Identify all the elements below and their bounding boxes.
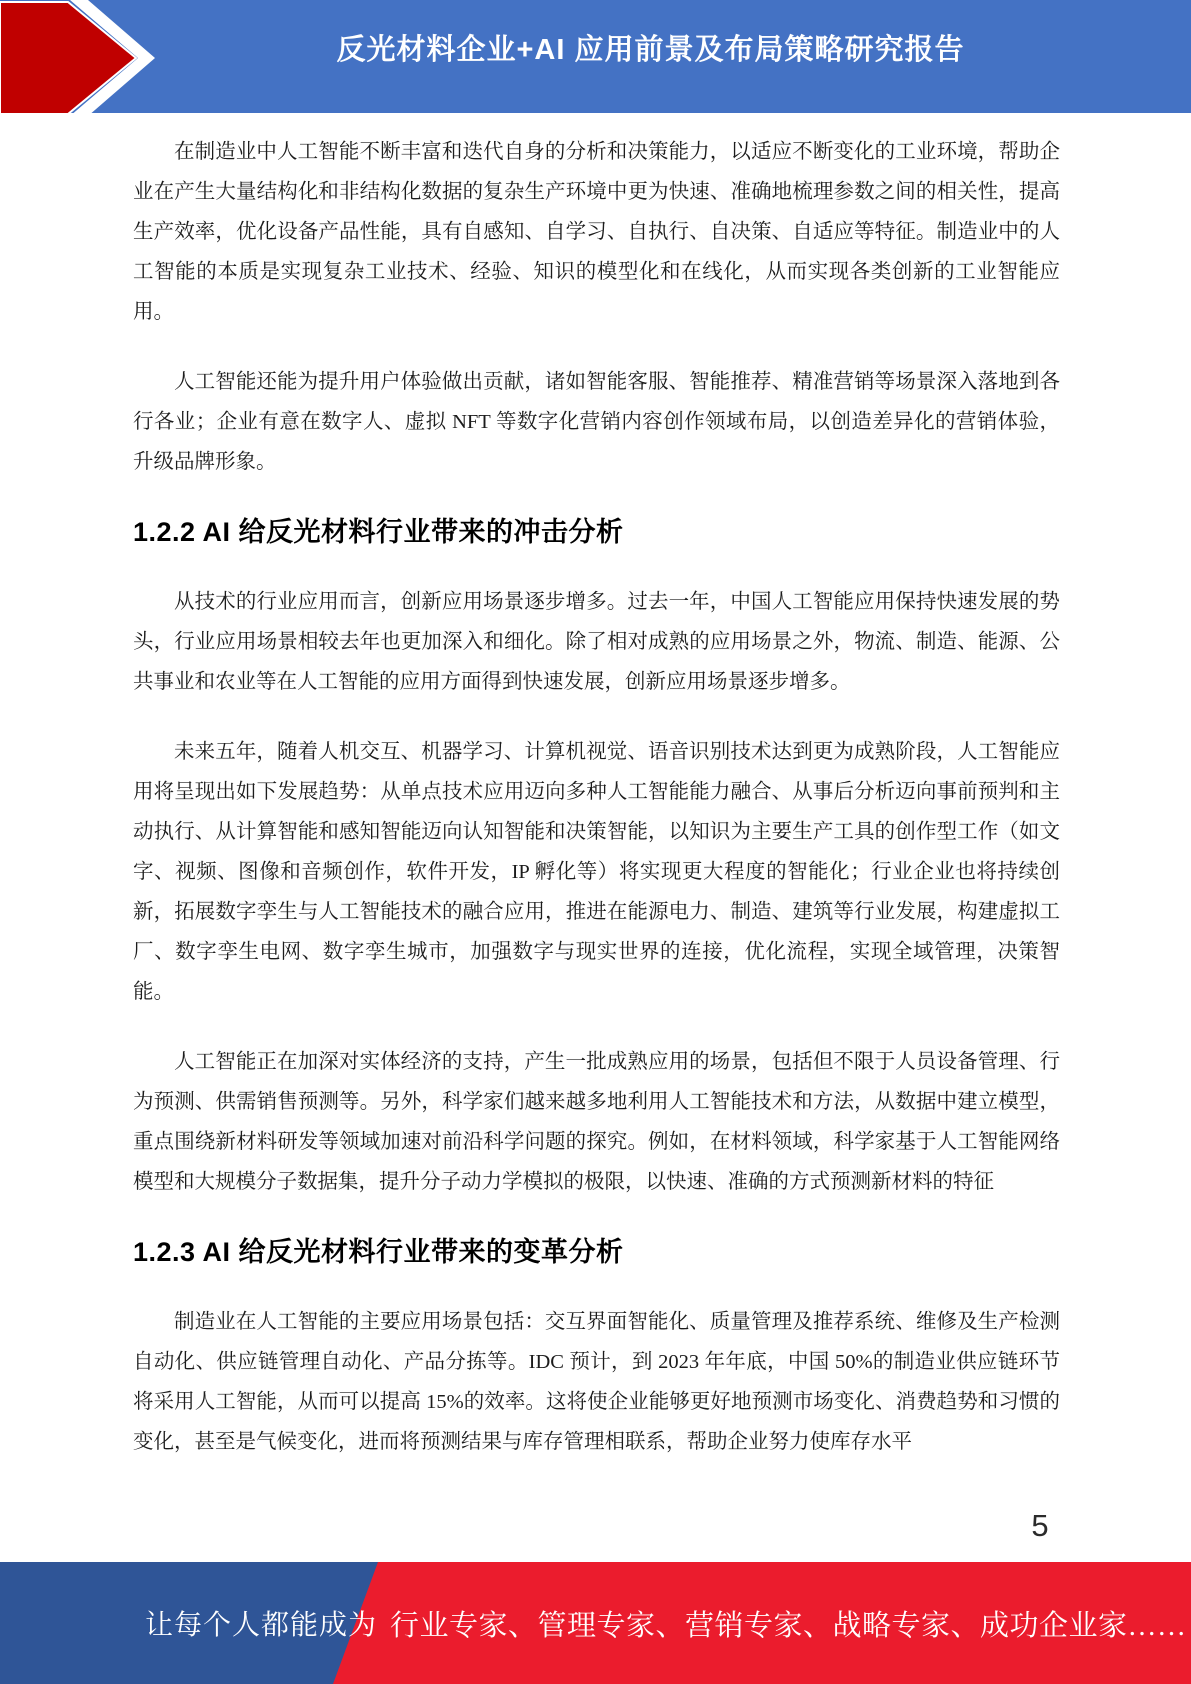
chevron-right-icon xyxy=(0,0,170,120)
body-paragraph: 从技术的行业应用而言，创新应用场景逐步增多。过去一年，中国人工智能应用保持快速发… xyxy=(133,582,1060,702)
body-paragraph: 未来五年，随着人机交互、机器学习、计算机视觉、语音识别技术达到更为成熟阶段，人工… xyxy=(133,732,1060,1012)
document-page: 反光材料企业+AI 应用前景及布局策略研究报告 在制造业中人工智能不断丰富和迭代… xyxy=(0,0,1191,1684)
body-paragraph: 人工智能正在加深对实体经济的支持，产生一批成熟应用的场景，包括但不限于人员设备管… xyxy=(133,1042,1060,1202)
document-body: 在制造业中人工智能不断丰富和迭代自身的分析和决策能力，以适应不断变化的工业环境，… xyxy=(133,118,1060,1492)
page-number: 5 xyxy=(1020,1508,1060,1544)
body-paragraph: 在制造业中人工智能不断丰富和迭代自身的分析和决策能力，以适应不断变化的工业环境，… xyxy=(133,132,1060,332)
body-paragraph: 制造业在人工智能的主要应用场景包括：交互界面智能化、质量管理及推荐系统、维修及生… xyxy=(133,1302,1060,1462)
footer-slogan-left: 让每个人都能成为 xyxy=(145,1562,377,1684)
report-title: 反光材料企业+AI 应用前景及布局策略研究报告 xyxy=(170,0,1131,95)
footer-slogan-right: 行业专家、管理专家、营销专家、战略专家、成功企业家…… xyxy=(390,1562,1187,1684)
report-header-banner: 反光材料企业+AI 应用前景及布局策略研究报告 xyxy=(0,0,1191,113)
body-paragraph: 人工智能还能为提升用户体验做出贡献，诸如智能客服、智能推荐、精准营销等场景深入落… xyxy=(133,362,1060,482)
section-heading-1-2-3: 1.2.3 AI 给反光材料行业带来的变革分析 xyxy=(133,1232,1060,1272)
section-heading-1-2-2: 1.2.2 AI 给反光材料行业带来的冲击分析 xyxy=(133,512,1060,552)
footer-banner: 让每个人都能成为 行业专家、管理专家、营销专家、战略专家、成功企业家…… xyxy=(0,1562,1191,1684)
